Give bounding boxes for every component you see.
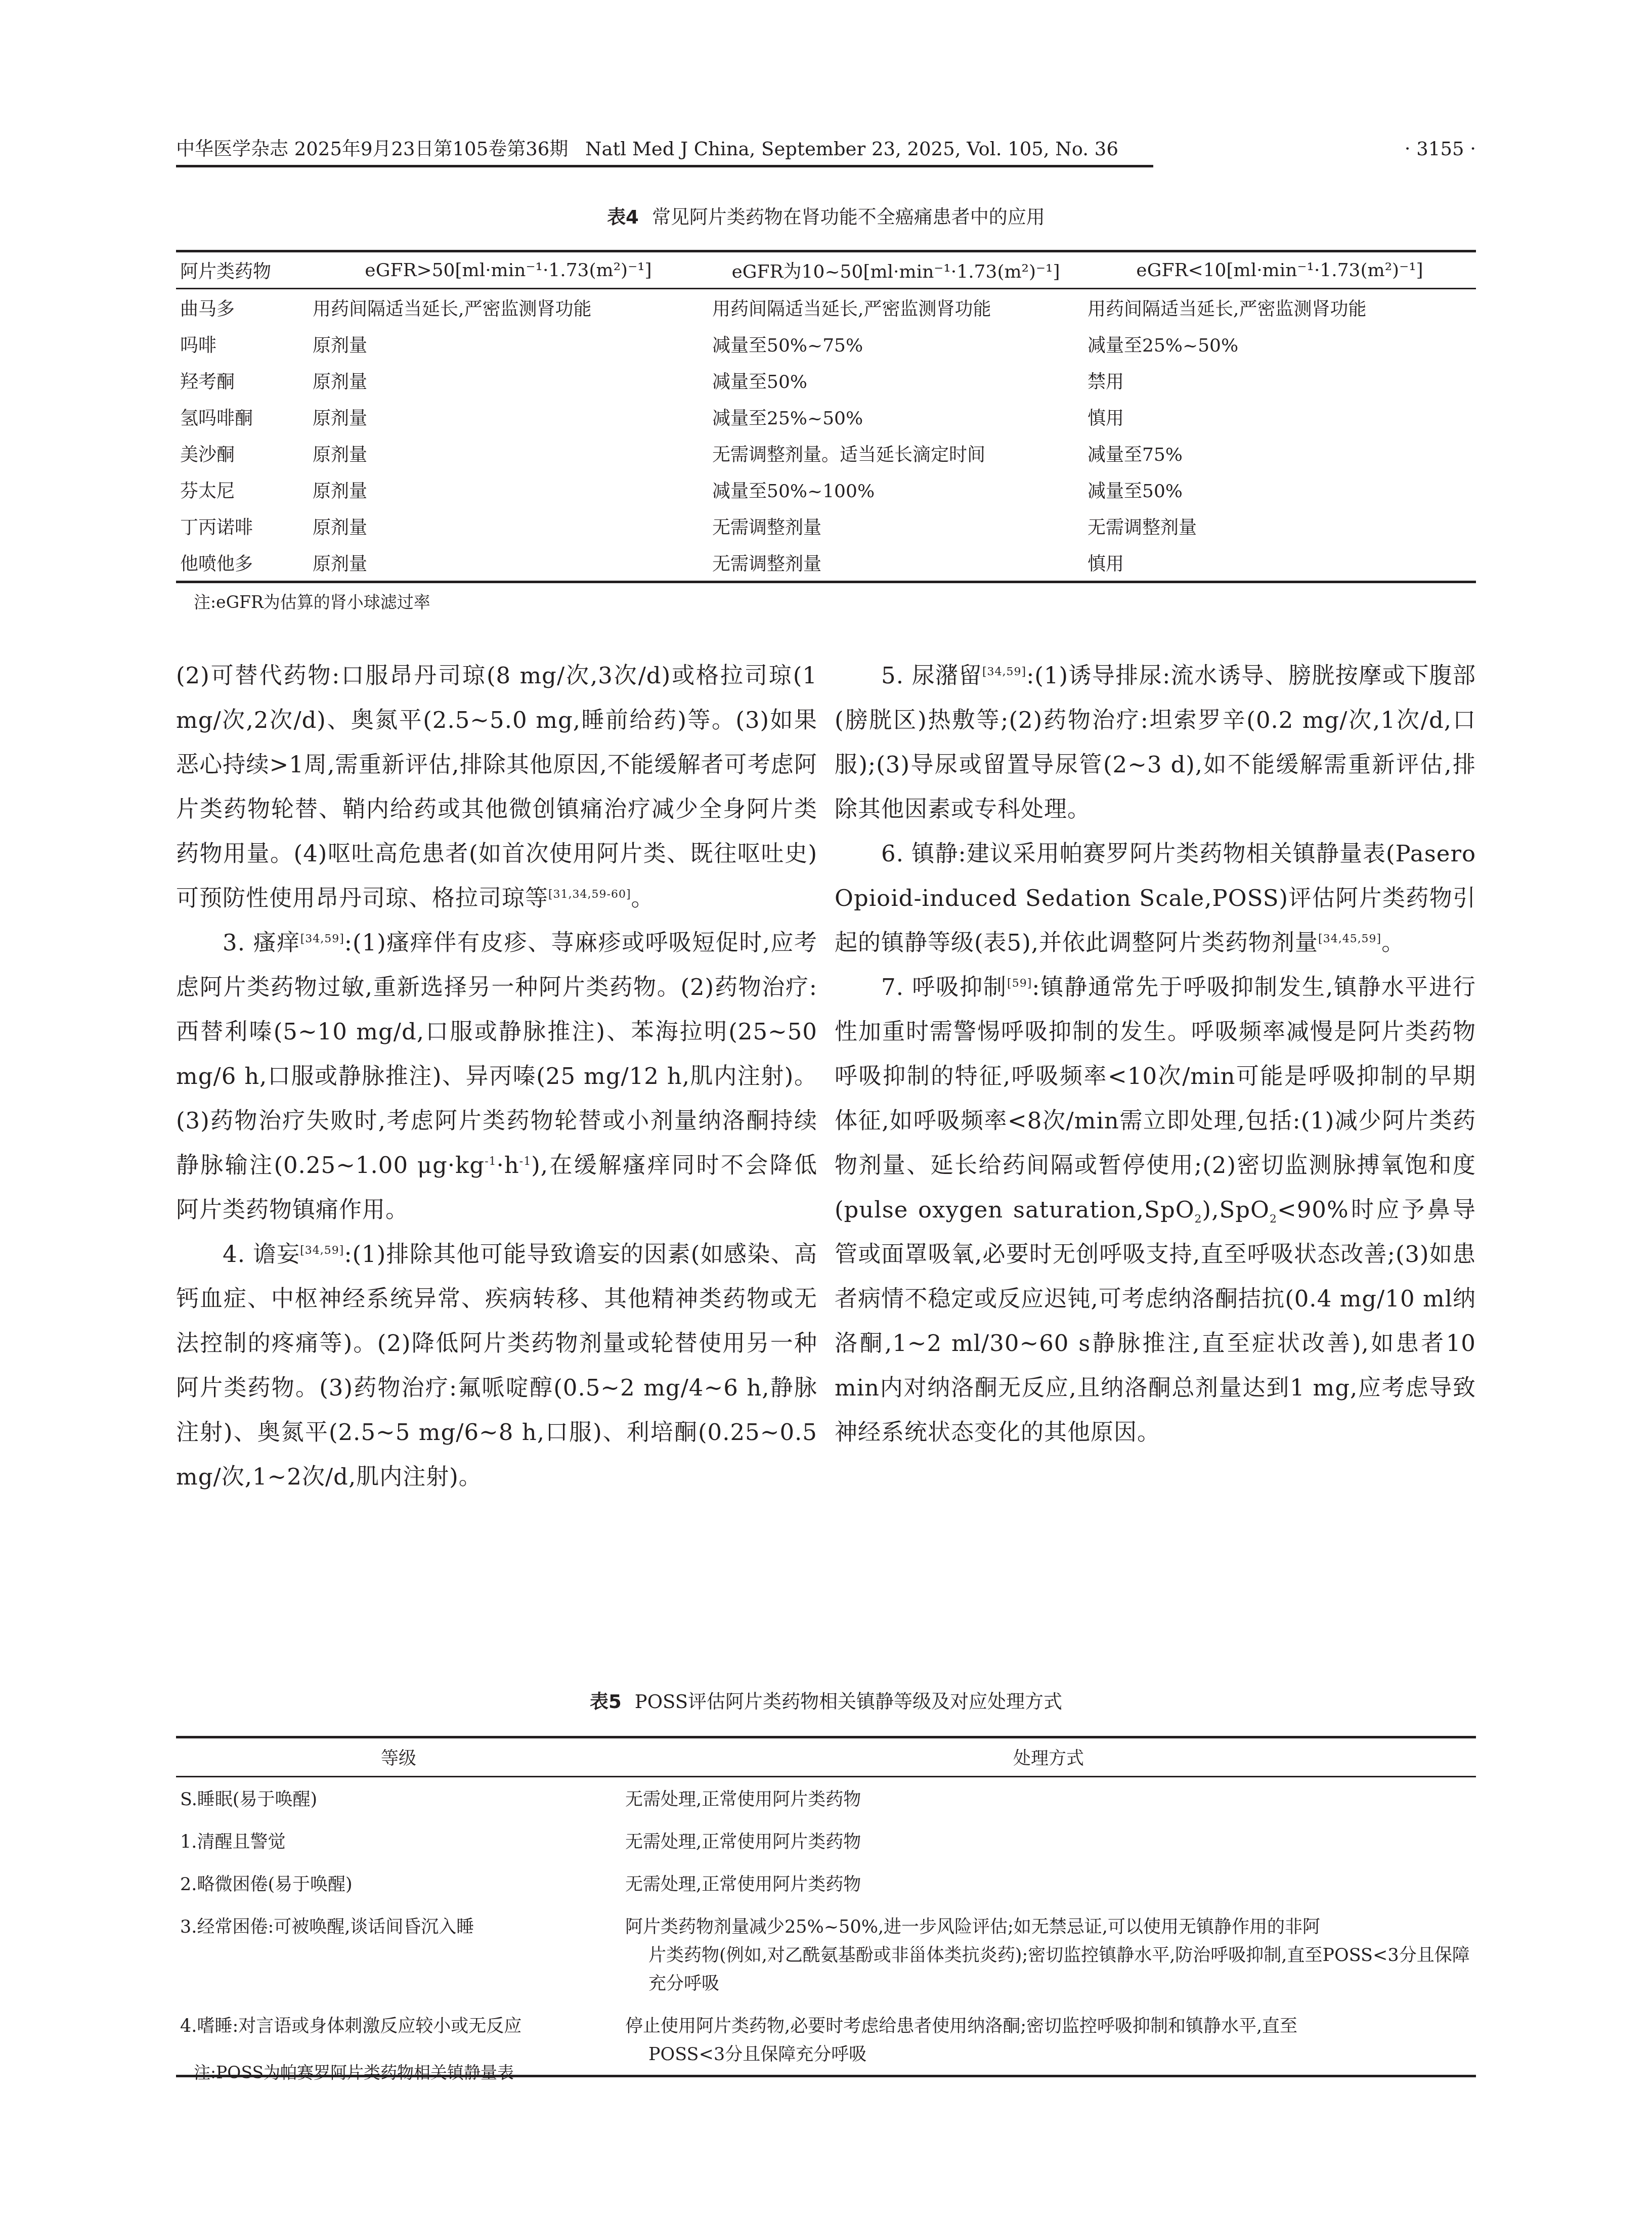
table5-label: 表5 xyxy=(590,1691,622,1713)
table4-header-row: 阿片类药物 eGFR>50[ml·min⁻¹·1.73(m²)⁻¹] eGFR为… xyxy=(176,251,1476,289)
table-row: 曲马多用药间隔适当延长,严密监测肾功能用药间隔适当延长,严密监测肾功能用药间隔适… xyxy=(176,289,1476,326)
section-heading: 4. 谵妄 xyxy=(223,1241,300,1268)
paragraph-text: ),SpO xyxy=(1202,1196,1270,1223)
table-row: 羟考酮原剂量减量至50%禁用 xyxy=(176,362,1476,399)
table-row: 2.略微困倦(易于唤醒)无需处理,正常使用阿片类药物 xyxy=(176,1862,1476,1905)
sedation-level: 3.经常困倦:可被唤醒,谈话间昏沉入睡 xyxy=(176,1905,621,2004)
cell: 用药间隔适当延长,严密监测肾功能 xyxy=(309,289,708,326)
handling-text: 阿片类药物剂量减少25%~50%,进一步风险评估;如无禁忌证,可以使用无镇静作用… xyxy=(625,1913,1472,1941)
paragraph-text: 。 xyxy=(631,885,655,911)
handling-text: 无需处理,正常使用阿片类药物 xyxy=(625,1828,1472,1856)
table4-header-drug: 阿片类药物 xyxy=(176,251,309,289)
cell: 慎用 xyxy=(1083,399,1476,435)
drug-name: 羟考酮 xyxy=(176,362,309,399)
cell: 减量至75% xyxy=(1083,435,1476,471)
table5-note: 注:POSS为帕赛罗阿片类药物相关镇静量表 xyxy=(194,2061,514,2084)
handling-text-continued: 片类药物(例如,对乙酰氨基酚或非甾体类抗炎药);密切监控镇静水平,防治呼吸抑制,… xyxy=(625,1941,1472,1998)
paragraph-respiratory-depression: 7. 呼吸抑制[59]:镇静通常先于呼吸抑制发生,镇静水平进行性加重时需警惕呼吸… xyxy=(835,965,1476,1455)
table-row: 美沙酮原剂量无需调整剂量。适当延长滴定时间减量至75% xyxy=(176,435,1476,471)
cell: 无需调整剂量。适当延长滴定时间 xyxy=(708,435,1083,471)
paragraph-delirium: 4. 谵妄[34,59]:(1)排除其他可能导致谵妄的因素(如感染、高钙血症、中… xyxy=(176,1232,817,1499)
handling-cell: 停止使用阿片类药物,必要时考虑给患者使用纳洛酮;密切监控呼吸抑制和镇静水平,直至… xyxy=(621,2004,1476,2076)
handling-text: 无需处理,正常使用阿片类药物 xyxy=(625,1785,1472,1814)
cell: 原剂量 xyxy=(309,508,708,544)
table4-label: 表4 xyxy=(607,206,639,228)
handling-cell: 无需处理,正常使用阿片类药物 xyxy=(621,1777,1476,1820)
page-number: · 3155 · xyxy=(1405,137,1476,162)
cell: 原剂量 xyxy=(309,435,708,471)
cell: 慎用 xyxy=(1083,544,1476,582)
table5-header-level: 等级 xyxy=(176,1737,621,1777)
drug-name: 他喷他多 xyxy=(176,544,309,582)
sedation-level: S.睡眠(易于唤醒) xyxy=(176,1777,621,1820)
table4-header-egfr-gt50: eGFR>50[ml·min⁻¹·1.73(m²)⁻¹] xyxy=(309,251,708,289)
table-row: 氢吗啡酮原剂量减量至25%~50%慎用 xyxy=(176,399,1476,435)
paragraph-nausea-continued: (2)可替代药物:口服昂丹司琼(8 mg/次,3次/d)或格拉司琼(1 mg/次… xyxy=(176,653,817,921)
table5-title: POSS评估阿片类药物相关镇静等级及对应处理方式 xyxy=(635,1691,1062,1713)
sedation-level: 1.清醒且警觉 xyxy=(176,1820,621,1862)
paragraph-text: ·h xyxy=(497,1152,519,1179)
cell: 减量至25%~50% xyxy=(708,399,1083,435)
journal-name-en: Natl Med J China, September 23, 2025, Vo… xyxy=(585,138,1118,160)
drug-name: 吗啡 xyxy=(176,326,309,362)
table5-caption: 表5POSS评估阿片类药物相关镇静等级及对应处理方式 xyxy=(176,1689,1476,1715)
cell: 减量至50% xyxy=(708,362,1083,399)
body-column-left: (2)可替代药物:口服昂丹司琼(8 mg/次,3次/d)或格拉司琼(1 mg/次… xyxy=(176,653,817,1499)
table4-opioids-renal: 阿片类药物 eGFR>50[ml·min⁻¹·1.73(m²)⁻¹] eGFR为… xyxy=(176,250,1476,583)
paragraph-text: :(1)排除其他可能导致谵妄的因素(如感染、高钙血症、中枢神经系统异常、疾病转移… xyxy=(176,1241,817,1490)
paragraph-text: (2)可替代药物:口服昂丹司琼(8 mg/次,3次/d)或格拉司琼(1 mg/次… xyxy=(176,662,817,911)
cell: 无需调整剂量 xyxy=(708,544,1083,582)
cell: 原剂量 xyxy=(309,471,708,508)
citation: [31,34,59-60] xyxy=(548,888,631,901)
table-row: 芬太尼原剂量减量至50%~100%减量至50% xyxy=(176,471,1476,508)
handling-cell: 无需处理,正常使用阿片类药物 xyxy=(621,1862,1476,1905)
journal-name-cn: 中华医学杂志 2025年9月23日第105卷第36期 xyxy=(176,138,568,160)
table-row: 吗啡原剂量减量至50%~75%减量至25%~50% xyxy=(176,326,1476,362)
handling-cell: 无需处理,正常使用阿片类药物 xyxy=(621,1820,1476,1862)
drug-name: 芬太尼 xyxy=(176,471,309,508)
paragraph-sedation: 6. 镇静:建议采用帕赛罗阿片类药物相关镇静量表(Pasero Opioid-i… xyxy=(835,832,1476,965)
cell: 无需调整剂量 xyxy=(1083,508,1476,544)
superscript: -1 xyxy=(485,1155,496,1168)
handling-text-continued: POSS<3分且保障充分呼吸 xyxy=(625,2040,1472,2069)
cell: 原剂量 xyxy=(309,399,708,435)
paragraph-urinary-retention: 5. 尿潴留[34,59]:(1)诱导排尿:流水诱导、膀胱按摩或下腹部(膀胱区)… xyxy=(835,653,1476,832)
handling-text: 停止使用阿片类药物,必要时考虑给患者使用纳洛酮;密切监控呼吸抑制和镇静水平,直至 xyxy=(625,2012,1472,2040)
table-row: S.睡眠(易于唤醒)无需处理,正常使用阿片类药物 xyxy=(176,1777,1476,1820)
table4-header-egfr-lt10: eGFR<10[ml·min⁻¹·1.73(m²)⁻¹] xyxy=(1083,251,1476,289)
paragraph-text: :镇静通常先于呼吸抑制发生,镇静水平进行性加重时需警惕呼吸抑制的发生。呼吸频率减… xyxy=(835,974,1476,1223)
table-row: 3.经常困倦:可被唤醒,谈话间昏沉入睡阿片类药物剂量减少25%~50%,进一步风… xyxy=(176,1905,1476,2004)
running-head: 中华医学杂志 2025年9月23日第105卷第36期 Natl Med J Ch… xyxy=(176,137,1476,167)
cell: 减量至50% xyxy=(1083,471,1476,508)
section-heading: 3. 瘙痒 xyxy=(223,929,300,956)
table4-header-egfr-10-50: eGFR为10~50[ml·min⁻¹·1.73(m²)⁻¹] xyxy=(708,251,1083,289)
handling-cell: 阿片类药物剂量减少25%~50%,进一步风险评估;如无禁忌证,可以使用无镇静作用… xyxy=(621,1905,1476,2004)
table5-header-handling: 处理方式 xyxy=(621,1737,1476,1777)
cell: 减量至50%~100% xyxy=(708,471,1083,508)
citation: [59] xyxy=(1007,977,1032,990)
cell: 用药间隔适当延长,严密监测肾功能 xyxy=(708,289,1083,326)
handling-text: 无需处理,正常使用阿片类药物 xyxy=(625,1870,1472,1899)
cell: 原剂量 xyxy=(309,326,708,362)
drug-name: 丁丙诺啡 xyxy=(176,508,309,544)
paragraph-pruritus: 3. 瘙痒[34,59]:(1)瘙痒伴有皮疹、荨麻疹或呼吸短促时,应考虑阿片类药… xyxy=(176,921,817,1232)
paragraph-text: <90%时应予鼻导管或面罩吸氧,必要时无创呼吸支持,直至呼吸状态改善;(3)如患… xyxy=(835,1196,1476,1446)
cell: 无需调整剂量 xyxy=(708,508,1083,544)
superscript: -1 xyxy=(519,1155,531,1168)
table-row: 丁丙诺啡原剂量无需调整剂量无需调整剂量 xyxy=(176,508,1476,544)
drug-name: 美沙酮 xyxy=(176,435,309,471)
citation: [34,59] xyxy=(982,666,1026,678)
table-row: 他喷他多原剂量无需调整剂量慎用 xyxy=(176,544,1476,582)
table5-poss-levels: 等级 处理方式 S.睡眠(易于唤醒)无需处理,正常使用阿片类药物 1.清醒且警觉… xyxy=(176,1736,1476,2077)
table4-title: 常见阿片类药物在肾功能不全癌痛患者中的应用 xyxy=(652,206,1045,228)
table5-header-row: 等级 处理方式 xyxy=(176,1737,1476,1777)
table4-note: 注:eGFR为估算的肾小球滤过率 xyxy=(194,591,430,614)
cell: 原剂量 xyxy=(309,362,708,399)
cell: 用药间隔适当延长,严密监测肾功能 xyxy=(1083,289,1476,326)
drug-name: 曲马多 xyxy=(176,289,309,326)
citation: [34,59] xyxy=(300,933,344,945)
cell: 减量至50%~75% xyxy=(708,326,1083,362)
table-row: 1.清醒且警觉无需处理,正常使用阿片类药物 xyxy=(176,1820,1476,1862)
drug-name: 氢吗啡酮 xyxy=(176,399,309,435)
cell: 原剂量 xyxy=(309,544,708,582)
citation: [34,45,59] xyxy=(1318,933,1381,945)
citation: [34,59] xyxy=(300,1244,344,1257)
cell: 减量至25%~50% xyxy=(1083,326,1476,362)
section-heading: 5. 尿潴留 xyxy=(881,662,982,689)
table4-caption: 表4常见阿片类药物在肾功能不全癌痛患者中的应用 xyxy=(176,205,1476,230)
cell: 禁用 xyxy=(1083,362,1476,399)
subscript: 2 xyxy=(1195,1213,1202,1226)
paragraph-text: 。 xyxy=(1381,929,1405,956)
paragraph-text: :(1)瘙痒伴有皮疹、荨麻疹或呼吸短促时,应考虑阿片类药物过敏,重新选择另一种阿… xyxy=(176,929,817,1179)
journal-citation: 中华医学杂志 2025年9月23日第105卷第36期 Natl Med J Ch… xyxy=(176,137,1153,167)
subscript: 2 xyxy=(1270,1213,1277,1226)
sedation-level: 2.略微困倦(易于唤醒) xyxy=(176,1862,621,1905)
body-column-right: 5. 尿潴留[34,59]:(1)诱导排尿:流水诱导、膀胱按摩或下腹部(膀胱区)… xyxy=(835,653,1476,1455)
section-heading: 7. 呼吸抑制 xyxy=(881,974,1007,1000)
